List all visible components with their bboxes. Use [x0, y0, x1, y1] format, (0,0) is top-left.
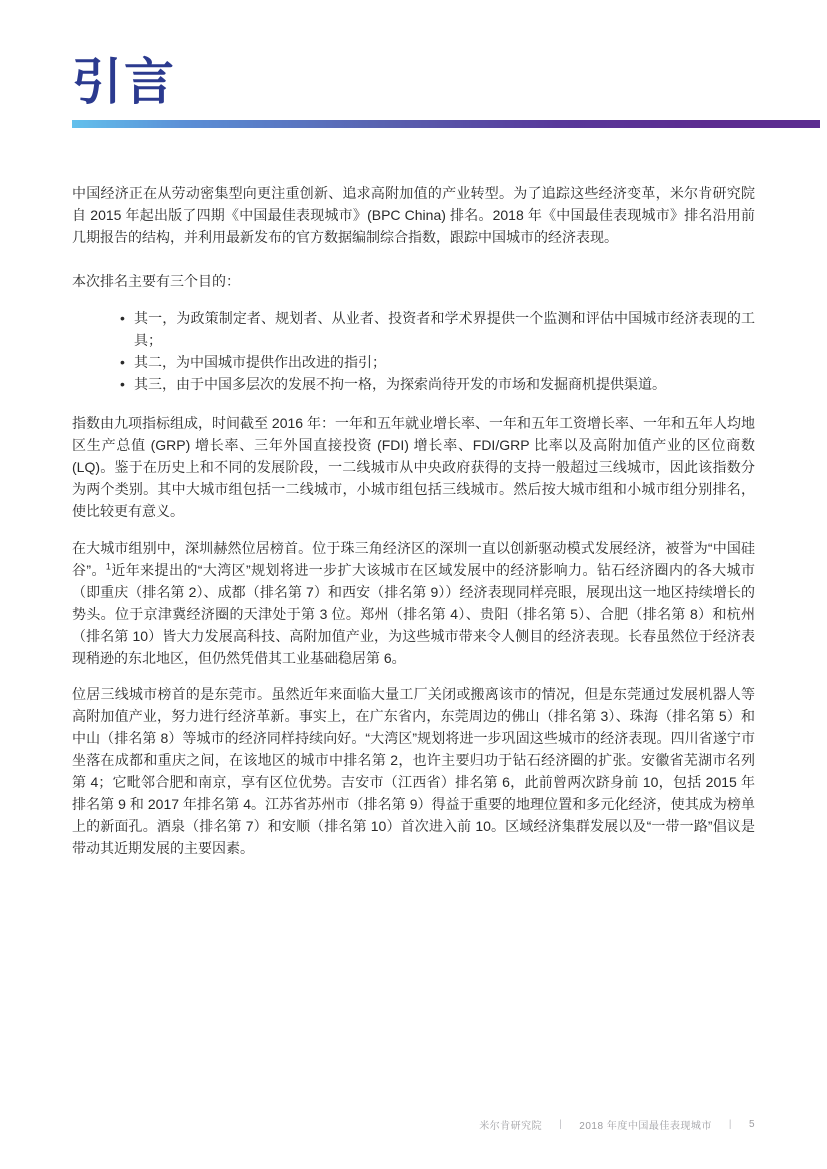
page-title: 引言 — [72, 52, 755, 112]
bullet-icon: • — [120, 373, 125, 395]
purpose-bullet-list: • 其一，为政策制定者、规划者、从业者、投资者和学术界提供一个监测和评估中国城市… — [72, 307, 755, 395]
title-accent-bar — [72, 120, 820, 128]
paragraph-small-cities: 位居三线城市榜首的是东莞市。虽然近年来面临大量工厂关闭或搬离该市的情况，但是东莞… — [72, 683, 755, 859]
footer-page-number: 5 — [749, 1119, 755, 1130]
footer-organization: 米尔肯研究院 — [479, 1117, 542, 1132]
bullet-icon: • — [120, 307, 125, 329]
footer-separator: | — [729, 1119, 732, 1130]
document-page: 引言 中国经济正在从劳动密集型向更注重创新、追求高附加值的产业转型。为了追踪这些… — [0, 0, 827, 1169]
paragraph-index-methodology: 指数由九项指标组成，时间截至 2016 年：一年和五年就业增长率、一年和五年工资… — [72, 412, 755, 522]
paragraph-large-cities: 在大城市组别中，深圳赫然位居榜首。位于珠三角经济区的深圳一直以创新驱动模式发展经… — [72, 537, 755, 669]
bullet-text: 其一，为政策制定者、规划者、从业者、投资者和学术界提供一个监测和评估中国城市经济… — [134, 310, 755, 348]
purpose-intro-line: 本次排名主要有三个目的： — [72, 270, 755, 292]
bullet-icon: • — [120, 351, 125, 373]
body-text-block: 中国经济正在从劳动密集型向更注重创新、追求高附加值的产业转型。为了追踪这些经济变… — [72, 182, 755, 859]
bullet-text: 其三，由于中国多层次的发展不拘一格，为探索尚待开发的市场和发掘商机提供渠道。 — [134, 376, 666, 392]
page-footer: 米尔肯研究院 | 2018 年度中国最佳表现城市 | 5 — [479, 1117, 755, 1132]
paragraph-large-cities-continued: 近年来提出的“大湾区”规划将进一步扩大该城市在区域发展中的经济影响力。钻石经济圈… — [72, 562, 755, 666]
footer-report-title: 2018 年度中国最佳表现城市 — [579, 1117, 712, 1132]
list-item: • 其一，为政策制定者、规划者、从业者、投资者和学术界提供一个监测和评估中国城市… — [120, 307, 755, 351]
bullet-text: 其二，为中国城市提供作出改进的指引； — [134, 354, 386, 370]
list-item: • 其二，为中国城市提供作出改进的指引； — [120, 351, 755, 373]
footer-separator: | — [559, 1119, 562, 1130]
page-content: 引言 中国经济正在从劳动密集型向更注重创新、追求高附加值的产业转型。为了追踪这些… — [0, 0, 827, 859]
list-item: • 其三，由于中国多层次的发展不拘一格，为探索尚待开发的市场和发掘商机提供渠道。 — [120, 373, 755, 395]
paragraph-overview: 中国经济正在从劳动密集型向更注重创新、追求高附加值的产业转型。为了追踪这些经济变… — [72, 182, 755, 248]
